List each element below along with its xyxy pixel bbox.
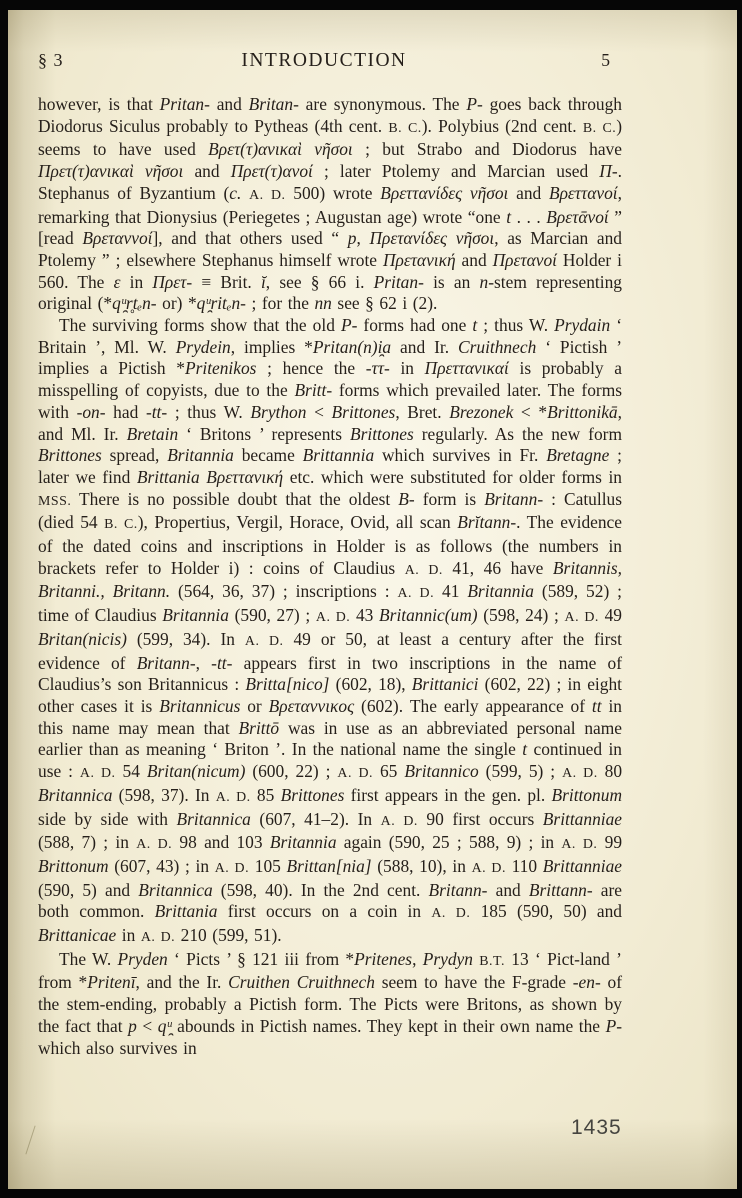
- text-run: Brittania: [155, 901, 218, 921]
- text-run: ; hence the: [256, 358, 365, 378]
- text-run: A. D.: [136, 837, 172, 852]
- text-run: Brittanici: [412, 674, 479, 694]
- text-run: Britannia: [162, 605, 229, 625]
- greek-text-run: Βρετ(τ)ανικαὶ νῆσοι: [208, 139, 353, 159]
- greek-text-run: Βρεταννικος: [269, 696, 355, 716]
- text-run: -tt-: [211, 653, 232, 673]
- text-run: Brittanicae: [38, 925, 116, 945]
- text-run: Britannia: [467, 581, 534, 601]
- text-run: regularly. As the new form: [414, 424, 622, 444]
- text-run: B-: [398, 489, 414, 509]
- text-run: Brython: [250, 402, 306, 422]
- text-run: Britann-: [429, 880, 488, 900]
- text-run: and: [487, 880, 528, 900]
- text-run: P-: [341, 315, 357, 335]
- text-run: c.: [229, 183, 241, 203]
- text-run: A. D.: [316, 610, 350, 625]
- text-run: is an: [424, 272, 480, 292]
- greek-text-run: Πρετ(τ)ανικαὶ νῆσοι: [38, 161, 183, 181]
- text-run: Britannica: [176, 809, 250, 829]
- greek-text-run: Βρετᾱνοί: [546, 207, 608, 227]
- text-run: became: [234, 445, 303, 465]
- text-run: Pritenes: [354, 949, 412, 969]
- text-run: and: [183, 161, 230, 181]
- text-run: (602, 18),: [329, 674, 411, 694]
- text-run: (598, 24) ;: [478, 605, 565, 625]
- text-run: Britt-: [294, 380, 332, 400]
- greek-text-run: Βρεττανίδες νῆσοι: [380, 183, 508, 203]
- text-run: A. D.: [431, 906, 470, 921]
- text-run: ,: [356, 228, 369, 248]
- text-run: in: [390, 358, 425, 378]
- text-run: or) *: [157, 293, 197, 313]
- text-run: first appears in the gen. pl.: [344, 785, 551, 805]
- text-run: (598, 37). In: [112, 785, 215, 805]
- text-run: B.T.: [479, 954, 505, 969]
- text-run: Brĭtann-: [457, 512, 516, 532]
- greek-text-run: Πρετ(τ)ανοί: [231, 161, 313, 181]
- text-run: ,: [412, 949, 423, 969]
- text-run: Britannicus: [159, 696, 240, 716]
- text-run: B. C.: [583, 121, 616, 136]
- text-run: spread,: [102, 445, 167, 465]
- text-run: Bretain: [127, 424, 179, 444]
- running-header: § 3 INTRODUCTION 5: [38, 50, 622, 72]
- text-run: Britannico: [404, 761, 478, 781]
- text-run: There is no possible doubt that the olde…: [71, 489, 398, 509]
- text-run: Brittō: [239, 718, 280, 738]
- text-run: Britan-: [249, 94, 299, 114]
- text-run: Brittones: [281, 785, 345, 805]
- text-run: qᵘ̯r̥tₑn-: [112, 293, 156, 313]
- text-run: 65: [373, 761, 404, 781]
- text-run: Prydein: [176, 337, 231, 357]
- text-run: Pryden: [118, 949, 168, 969]
- scan-border: § 3 INTRODUCTION 5 however, is that Prit…: [0, 0, 742, 1198]
- text-run: Brittanniae: [543, 809, 622, 829]
- text-run: Britann-: [484, 489, 543, 509]
- text-run: form is: [415, 489, 485, 509]
- text-run: 54: [116, 761, 147, 781]
- text-run: Britannic(um): [379, 605, 478, 625]
- text-run: . . .: [511, 207, 546, 227]
- text-run: however, is that: [38, 94, 160, 114]
- text-run: ), Propertius, Vergil, Horace, Ovid, all…: [138, 512, 458, 532]
- text-run: The surviving forms show that the old: [59, 315, 341, 335]
- paragraph: however, is that Pritan- and Britan- are…: [38, 94, 622, 315]
- text-run: A. D.: [80, 766, 116, 781]
- text-run: again (590, 25 ; 588, 9) ; in: [337, 832, 562, 852]
- text-run: -tt-: [146, 402, 167, 422]
- text-run: A. D.: [337, 766, 373, 781]
- text-run: are synonymous. The: [299, 94, 466, 114]
- text-run: n: [480, 272, 489, 292]
- text-run: A. D.: [215, 861, 249, 876]
- text-run: A. D.: [472, 861, 506, 876]
- text-run: , Bret.: [395, 402, 449, 422]
- text-run: Brittann-: [529, 880, 593, 900]
- text-run: and: [210, 94, 249, 114]
- text-run: ‘ Britons ’ represents: [178, 424, 350, 444]
- text-run: Britan(nicum): [147, 761, 246, 781]
- text-run: Brittones: [38, 445, 102, 465]
- text-run: Cruithnech: [458, 337, 536, 357]
- text-run: Brittonikā: [547, 402, 618, 422]
- text-run: (599, 34). In: [127, 629, 245, 649]
- greek-text-run: Πρετανίδες νῆσοι: [369, 228, 494, 248]
- text-run: (599, 5) ;: [479, 761, 562, 781]
- text-run: 98 and 103: [172, 832, 270, 852]
- text-run: Brittanniae: [543, 856, 622, 876]
- text-run: ; for the: [246, 293, 315, 313]
- text-run: Brittannia: [303, 445, 375, 465]
- greek-text-run: Πρετανοί: [493, 250, 557, 270]
- text-run: Pritenī: [87, 972, 135, 992]
- text-run: or: [240, 696, 268, 716]
- text-run: Britta[nico]: [245, 674, 329, 694]
- text-run: side by side with: [38, 809, 176, 829]
- text-run: tt: [592, 696, 602, 716]
- text-run: Brittania: [137, 467, 200, 487]
- scan-stamp-number: 1435: [571, 1116, 622, 1140]
- text-run: Britann-: [137, 653, 196, 673]
- text-run: ; thus W.: [167, 402, 250, 422]
- text-run: A. D.: [397, 586, 434, 601]
- text-run: in: [120, 272, 152, 292]
- text-run: 85: [251, 785, 281, 805]
- text-run: (602). The early appearance of: [354, 696, 592, 716]
- text-run: qᵘ̯ritₑn-: [197, 293, 246, 313]
- text-run: qᵘ̯: [158, 1016, 172, 1036]
- text-run: Britannia: [167, 445, 234, 465]
- text-run: Prydyn: [423, 949, 473, 969]
- text-run: Brittonum: [38, 856, 109, 876]
- text-run: 41, 46 have: [443, 558, 553, 578]
- text-run: (600, 22) ;: [245, 761, 337, 781]
- text-run: ‘ Picts ’ § 121 iii from *: [168, 949, 354, 969]
- text-run: , and the Ir.: [136, 972, 229, 992]
- text-run: Brittan[nia]: [287, 856, 372, 876]
- text-run: 80: [598, 761, 622, 781]
- text-run: ; but Strabo and Diodorus have: [353, 139, 622, 159]
- text-run: , see § 66 i.: [266, 272, 374, 292]
- text-run: ; thus W.: [477, 315, 554, 335]
- text-run: A. D.: [245, 634, 284, 649]
- text-run: MSS.: [38, 494, 71, 509]
- text-run: which also survives in: [38, 1038, 197, 1058]
- text-run: Britannica: [38, 785, 112, 805]
- text-run: Brittonum: [551, 785, 622, 805]
- text-run: P-: [466, 94, 482, 114]
- text-run: (564, 36, 37) ; inscriptions :: [170, 581, 397, 601]
- section-number: § 3: [38, 50, 128, 71]
- text-run: and: [508, 183, 549, 203]
- text-run: p: [128, 1016, 137, 1036]
- text-run: first occurs on a coin in: [217, 901, 431, 921]
- scanned-book-page: { "page": { "colors": { "border": "#0606…: [0, 0, 742, 1198]
- text-run: 500) wrote: [286, 183, 381, 203]
- text-run: 43: [350, 605, 379, 625]
- page-number: 5: [520, 50, 622, 71]
- text-run: [241, 183, 249, 203]
- text-run: Britan(nicis): [38, 629, 127, 649]
- text-run: <: [137, 1016, 158, 1036]
- text-run: 185 (590, 50) and: [470, 901, 622, 921]
- text-run: ; later Ptolemy and Marcian used: [313, 161, 599, 181]
- text-run: A. D.: [216, 790, 251, 805]
- text-run: (607, 43) ; in: [109, 856, 215, 876]
- text-run: ], and that others used “: [153, 228, 348, 248]
- text-run: Brittones: [350, 424, 414, 444]
- text-run: Pritan-: [374, 272, 424, 292]
- text-run: ). Polybius (2nd cent.: [422, 116, 583, 136]
- text-run: Britannia: [270, 832, 337, 852]
- text-run: -on-: [77, 402, 106, 422]
- greek-text-run: Βρεττανοί: [549, 183, 618, 203]
- text-run: -en-: [573, 972, 601, 992]
- text-run: ≡ Brit.: [192, 272, 261, 292]
- text-run: Pritan-: [160, 94, 210, 114]
- text-run: Britannica: [138, 880, 212, 900]
- text-run: Cruithen Cruithnech: [228, 972, 375, 992]
- book-page: § 3 INTRODUCTION 5 however, is that Prit…: [8, 10, 737, 1189]
- text-run: (590, 27) ;: [229, 605, 316, 625]
- text-run: B. C.: [104, 517, 138, 532]
- text-run: in: [116, 925, 141, 945]
- text-run: nn: [314, 293, 331, 313]
- text-run: Bretagne: [546, 445, 609, 465]
- scan-scratch-artifact: [25, 1126, 35, 1155]
- paragraph: The surviving forms show that the old P-…: [38, 315, 622, 949]
- paragraph: The W. Pryden ‘ Picts ’ § 121 iii from *…: [38, 949, 622, 1060]
- text-run: see § 62 i (2).: [332, 293, 438, 313]
- text-run: P-: [606, 1016, 622, 1036]
- greek-text-run: Πρεττανικαί: [425, 358, 509, 378]
- page-title: INTRODUCTION: [128, 50, 520, 72]
- greek-text-run: Πρετανική: [383, 250, 456, 270]
- text-run: Pritenikos: [185, 358, 256, 378]
- text-run: forms had one: [357, 315, 472, 335]
- text-run: 105: [249, 856, 286, 876]
- text-run: (588, 7) ; in: [38, 832, 136, 852]
- greek-text-run: Π-: [599, 161, 617, 181]
- text-run: (607, 41–2). In: [251, 809, 381, 829]
- text-run: Pritan(n)i̯a: [313, 337, 391, 357]
- text-run: < *: [513, 402, 547, 422]
- text-run: A. D.: [249, 188, 285, 203]
- text-run: A. D.: [141, 930, 175, 945]
- text-run: which survives in Fr.: [374, 445, 546, 465]
- text-run: 41: [434, 581, 467, 601]
- text-run: Brittones: [332, 402, 396, 422]
- greek-text-run: Βρεττανική: [206, 467, 283, 487]
- text-run: A. D.: [381, 814, 418, 829]
- text-run: 110: [506, 856, 543, 876]
- text-run: and: [456, 250, 493, 270]
- text-run: 210 (599, 51).: [175, 925, 281, 945]
- text-run: <: [306, 402, 331, 422]
- body-text: however, is that Pritan- and Britan- are…: [38, 94, 622, 1059]
- text-run: Brezonek: [449, 402, 513, 422]
- greek-text-run: -ττ-: [366, 358, 390, 378]
- text-run: 90 first occurs: [418, 809, 543, 829]
- text-run: A. D.: [562, 766, 598, 781]
- text-run: The W.: [59, 949, 118, 969]
- text-run: A. D.: [405, 563, 443, 578]
- text-run: 99: [597, 832, 622, 852]
- text-run: had: [106, 402, 146, 422]
- text-run: ,: [196, 653, 212, 673]
- text-run: Prydain: [554, 315, 610, 335]
- text-run: (588, 10), in: [372, 856, 472, 876]
- text-run: (590, 5) and: [38, 880, 138, 900]
- text-run: (598, 40). In the 2nd cent.: [213, 880, 429, 900]
- greek-text-run: Βρεταννοί: [82, 228, 152, 248]
- text-run: , implies *: [231, 337, 313, 357]
- text-run: A. D.: [561, 837, 597, 852]
- text-run: A. D.: [565, 610, 599, 625]
- text-run: 49: [599, 605, 622, 625]
- text-run: and Ir.: [391, 337, 458, 357]
- text-run: B. C.: [388, 121, 421, 136]
- text-run: etc. which were substituted for older fo…: [283, 467, 622, 487]
- text-run: abounds in Pictish names. They kept in t…: [172, 1016, 606, 1036]
- text-run: seem to have the F-grade: [375, 972, 573, 992]
- greek-text-run: Πρετ-: [152, 272, 192, 292]
